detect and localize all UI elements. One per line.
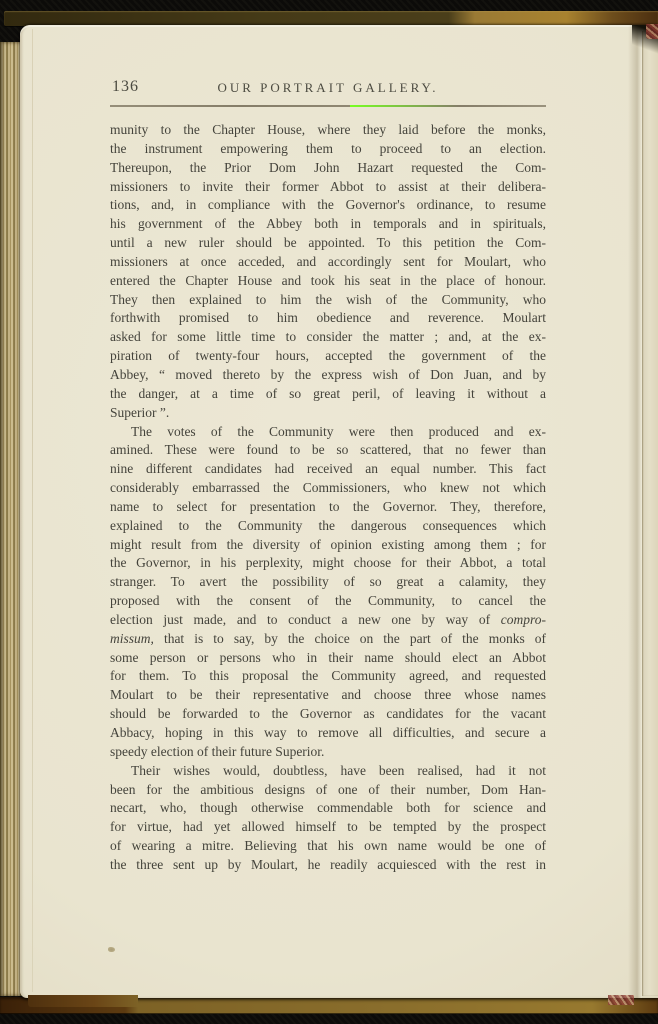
foxing-speck xyxy=(108,947,115,952)
text-line: some person or persons who in their name… xyxy=(110,649,546,668)
text-line: missum, that is to say, by the choice on… xyxy=(110,630,546,649)
text-line: of wearing a mitre. Believing that his o… xyxy=(110,837,546,856)
text-line: forthwith promised to him obedience and … xyxy=(110,309,546,328)
text-line: They then explained to him the wish of t… xyxy=(110,291,546,310)
text-line: piration of twenty-four hours, accepted … xyxy=(110,347,546,366)
text-line: for virtue, had yet allowed himself to b… xyxy=(110,818,546,837)
text-line: munity to the Chapter House, where they … xyxy=(110,121,546,140)
text-line: Superior ”. xyxy=(110,404,546,423)
running-title: OUR PORTRAIT GALLERY. xyxy=(110,76,546,96)
text-line: been for the ambitious designs of one of… xyxy=(110,781,546,800)
header-rule xyxy=(110,105,546,107)
text-line: asked for some little time to consider t… xyxy=(110,328,546,347)
marbled-edge-bottom xyxy=(608,995,634,1005)
text-line: Their wishes would, doubtless, have been… xyxy=(110,762,546,781)
text-line: Moulart to be their representative and c… xyxy=(110,686,546,705)
text-line: Thereupon, the Prior Dom John Hazart req… xyxy=(110,159,546,178)
text-line: name to select for presentation to the G… xyxy=(110,498,546,517)
text-line: the danger, at a time of so great peril,… xyxy=(110,385,546,404)
text-line: for them. To this proposal the Community… xyxy=(110,667,546,686)
cover-leather-detail xyxy=(28,995,138,1007)
text-line: the instrument empowering them to procee… xyxy=(110,140,546,159)
text-line: tions, and, in compliance with the Gover… xyxy=(110,196,546,215)
text-line: stranger. To avert the possibility of so… xyxy=(110,573,546,592)
text-line: might result from the diversity of opini… xyxy=(110,536,546,555)
text-line: Abbacy, hoping in this way to remove all… xyxy=(110,724,546,743)
text-line: speedy election of their future Superior… xyxy=(110,743,546,762)
text-line: missioners to invite their former Abbot … xyxy=(110,178,546,197)
text-line: Abbey, “ moved thereto by the express wi… xyxy=(110,366,546,385)
marbled-edge-top xyxy=(646,24,658,39)
page-number: 136 xyxy=(112,78,139,96)
text-line: explained to the Community the dangerous… xyxy=(110,517,546,536)
text-line: considerably embarrassed the Commissione… xyxy=(110,479,546,498)
text-line: proposed with the consent of the Communi… xyxy=(110,592,546,611)
text-line: nine different candidates had received a… xyxy=(110,460,546,479)
paragraph: Their wishes would, doubtless, have been… xyxy=(110,762,546,875)
text-block: munity to the Chapter House, where they … xyxy=(110,121,546,875)
book-cover-top-edge xyxy=(4,11,658,26)
next-page-sliver xyxy=(642,31,658,996)
text-line: necart, who, though otherwise commendabl… xyxy=(110,799,546,818)
printed-page-content: 136 OUR PORTRAIT GALLERY. munity to the … xyxy=(110,76,546,875)
text-line: entered the Chapter House and took his s… xyxy=(110,272,546,291)
page-header: 136 OUR PORTRAIT GALLERY. xyxy=(110,76,546,102)
paragraph: munity to the Chapter House, where they … xyxy=(110,121,546,423)
text-line: should be forwarded to the Governor as c… xyxy=(110,705,546,724)
text-line: missioners at once acceded, and accordin… xyxy=(110,253,546,272)
paragraph: The votes of the Community were then pro… xyxy=(110,423,546,762)
text-line: amined. These were found to be so scatte… xyxy=(110,441,546,460)
page-gutter-fold xyxy=(628,25,642,998)
text-line: his government of the Abbey both in temp… xyxy=(110,215,546,234)
text-line: The votes of the Community were then pro… xyxy=(110,423,546,442)
text-line: election just made, and to conduct a new… xyxy=(110,611,546,630)
text-line: until a new ruler should be appointed. T… xyxy=(110,234,546,253)
text-line: the Governor, in his perplexity, might c… xyxy=(110,554,546,573)
text-line: the three sent up by Moulart, he readily… xyxy=(110,856,546,875)
